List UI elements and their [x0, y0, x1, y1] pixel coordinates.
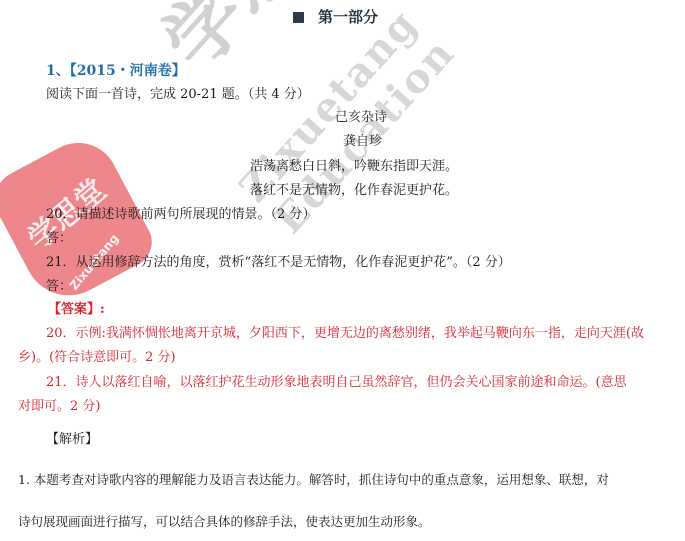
- analysis-label: 【解析】: [46, 428, 98, 447]
- square-icon: [293, 12, 304, 23]
- section-title-text: 第一部分: [318, 8, 378, 26]
- analysis-line-2: 诗句展现画面进行描写，可以结合具体的修辞手法，使表达更加生动形象。: [18, 512, 431, 530]
- poem-line-1: 浩荡离愁白日斜，吟鞭东指即天涯。: [250, 155, 458, 174]
- question-20-answer-label: 答：: [46, 227, 72, 246]
- question-20-prompt: 20．请描述诗歌前两句所展现的情景。（2 分）: [46, 203, 315, 222]
- poem-title: 己亥杂诗: [335, 106, 387, 125]
- answer-21-line-2: 对即可。2 分): [18, 395, 100, 414]
- question-21-prompt: 21．从运用修辞方法的角度，赏析“落红不是无情物，化作春泥更护花”。（2 分）: [46, 251, 511, 270]
- answer-20-line-2: 乡)。(符合诗意即可。2 分): [18, 346, 176, 365]
- poem-line-2: 落红不是无情物，化作春泥更护花。: [250, 179, 458, 198]
- question-21-answer-label: 答：: [46, 275, 72, 294]
- question-instruction: 阅读下面一首诗，完成 20-21 题。（共 4 分）: [46, 83, 310, 102]
- section-title: 第一部分: [293, 6, 378, 27]
- answer-label: 【答案】:: [48, 298, 105, 317]
- answer-21-line-1: 21．诗人以落红自喻，以落红护花生动形象地表明自己虽然辞官，但仍会关心国家前途和…: [46, 371, 627, 390]
- question-header: 1、【2015・河南卷】: [46, 60, 186, 80]
- analysis-line-1: 1. 本题考查对诗歌内容的理解能力及语言表达能力。解答时，抓住诗句中的重点意象，…: [18, 470, 609, 488]
- poem-author: 龚自珍: [343, 130, 382, 149]
- answer-20-line-1: 20．示例:我满怀惆怅地离开京城，夕阳西下，更增无边的离愁别绪，我举起马鞭向东一…: [46, 322, 644, 341]
